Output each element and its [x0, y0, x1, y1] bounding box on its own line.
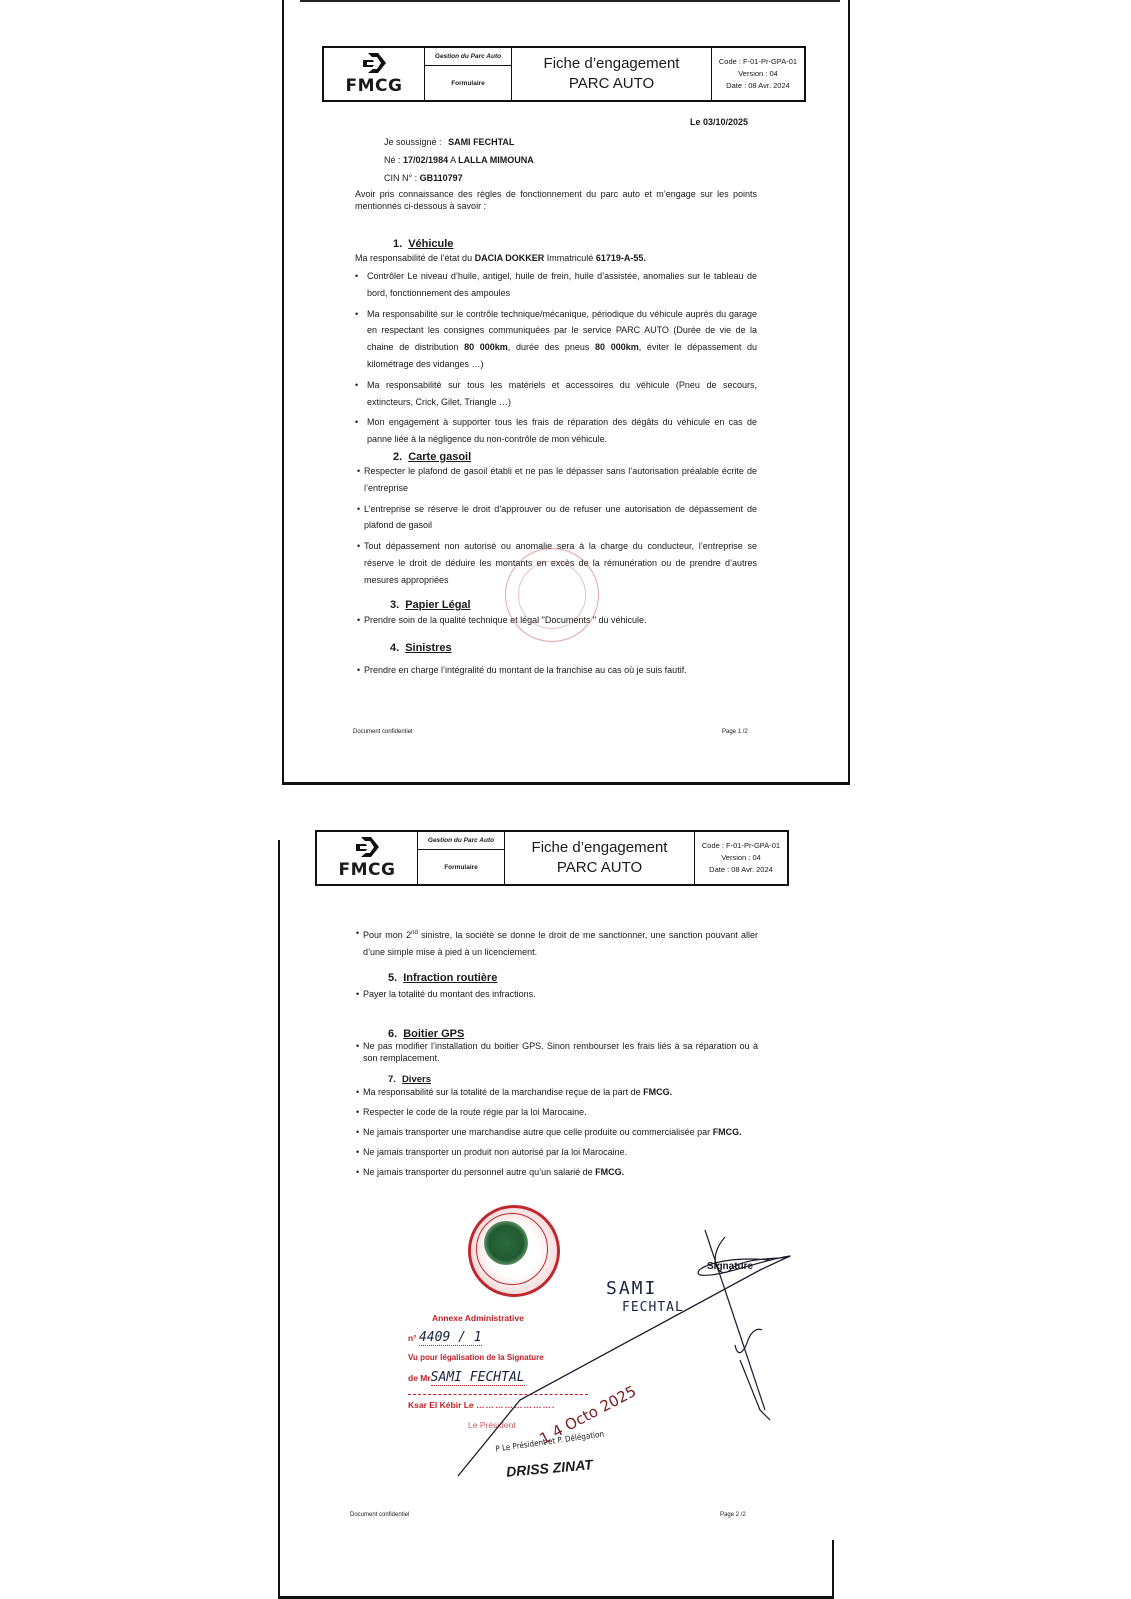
page-border-left: [278, 840, 280, 1599]
bullet-text: Ne jamais transporter du personnel autre…: [363, 1167, 595, 1177]
section-label: Sinistres: [405, 642, 451, 654]
section-4-title: 4.Sinistres: [390, 642, 452, 654]
employee-name: SAMI FECHTAL: [448, 137, 514, 147]
document-page-2: FMCG Gestion du Parc Auto Formulaire Fic…: [0, 800, 1131, 1599]
list-item: Mon engagement à supporter tous les frai…: [355, 414, 757, 448]
signature-label: Signature: [707, 1259, 753, 1276]
doc-version: Version : 04: [738, 68, 778, 80]
doc-code: Code : F-01-Pr-GPA-01: [702, 840, 780, 852]
title-line-2: PARC AUTO: [569, 74, 654, 94]
list-item: Ne pas modifier l’installation du boitie…: [356, 1040, 758, 1064]
list-item: Ma responsabilité sur la totalité de la …: [356, 1086, 758, 1098]
bullet-text: Respecter le code de la route régie par …: [363, 1107, 587, 1117]
company-name: FMCG.: [595, 1167, 624, 1177]
section-label: Véhicule: [408, 238, 453, 250]
signature-strokes-icon: [0, 800, 1131, 1599]
arrow-logo-icon: [360, 52, 388, 74]
faded-stamp-inner-ring: [518, 561, 586, 629]
section-number: 5.: [388, 972, 397, 984]
bullet-text: Ne jamais transporter une marchandise au…: [363, 1127, 713, 1137]
list-item: Ne jamais transporter une marchandise au…: [356, 1126, 758, 1138]
bold-km-value: 80 000km: [464, 342, 508, 352]
section-5-title: 5.Infraction routière: [388, 972, 497, 984]
section-label: Divers: [402, 1074, 431, 1085]
section-6-title: 6.Boitier GPS: [388, 1028, 464, 1040]
stamp-place-line: Ksar El Kébir Le …………………….: [408, 1395, 588, 1415]
stamp-name-value: SAMI FECHTAL: [431, 1370, 525, 1386]
section-number: 2.: [393, 451, 402, 463]
footer-page-number: Page 2 /2: [720, 1512, 746, 1518]
doc-date: Date : 08 Avr. 2024: [726, 80, 790, 92]
ordinal-superscript: nd: [411, 930, 418, 936]
arrow-logo-icon: [353, 836, 381, 858]
document-page-1: FMCG Gestion du Parc Auto Formulaire Fic…: [0, 0, 1131, 800]
section-5-bullets: Payer la totalité du montant des infract…: [356, 986, 758, 1007]
section-1-bullets: Contrôler Le niveau d’huile, antigel, hu…: [355, 268, 757, 452]
title-line-1: Fiche d’engagement: [532, 838, 668, 858]
lead-mid: Immatriculé: [547, 253, 594, 263]
birth-place: LALLA MIMOUNA: [458, 155, 534, 165]
section-number: 7.: [388, 1074, 396, 1085]
list-item: Respecter le code de la route régie par …: [356, 1106, 758, 1118]
section-number: 4.: [390, 642, 399, 654]
bullet-text: Pour mon 2: [363, 930, 411, 940]
page-border-top: [300, 0, 840, 2]
section-2-title: 2.Carte gasoil: [393, 451, 471, 463]
section-7-title: 7.Divers: [388, 1074, 431, 1085]
section-label: Infraction routière: [403, 972, 497, 984]
department-label: Gestion du Parc Auto: [425, 48, 511, 66]
stamp-number-value: 4409 / 1: [419, 1330, 482, 1346]
document-title: Fiche d’engagement PARC AUTO: [505, 832, 695, 884]
bullet-text: L’entreprise se réserve le droit d’appro…: [364, 504, 757, 531]
title-line-1: Fiche d’engagement: [544, 54, 680, 74]
birth-a: A: [450, 155, 456, 165]
section-label: Papier Légal: [405, 599, 470, 611]
doc-date: Date : 08 Avr. 2024: [709, 864, 773, 876]
list-item: Ma responsabilité sur le contrôle techni…: [355, 306, 757, 373]
stamp-title: Annexe Administrative: [408, 1308, 588, 1328]
stamp-legalization-text: Vu pour légalisation de la Signature: [408, 1348, 588, 1368]
section-number: 6.: [388, 1028, 397, 1040]
sinistre-continued-bullet: Pour mon 2nd sinistre, la société se don…: [356, 925, 758, 965]
logo-text: FMCG: [346, 76, 403, 96]
vehicle-model: DACIA DOKKER: [475, 253, 545, 263]
stamp-number-line: n° 4409 / 1: [408, 1328, 588, 1348]
list-item: Ma responsabilité sur tous les matériels…: [355, 377, 757, 411]
section-number: 1.: [393, 238, 402, 250]
bullet-text: , durée des pneus: [508, 342, 595, 352]
stamp-number-label: n°: [408, 1333, 417, 1343]
bullet-text: Respecter le plafond de gasoil établi et…: [364, 466, 757, 493]
list-item: Ne jamais transporter un produit non aut…: [356, 1146, 758, 1158]
legalization-stamp: Annexe Administrative n° 4409 / 1 Vu pou…: [408, 1308, 588, 1435]
lead-prefix: Ma responsabilité de l’état du: [355, 253, 472, 263]
section-7-bullets: Ma responsabilité sur la totalité de la …: [356, 1086, 758, 1186]
handwritten-name-line-2: FECHTAL: [622, 1300, 684, 1315]
doc-version: Version : 04: [721, 852, 761, 864]
company-logo: FMCG: [317, 832, 418, 884]
birth-line: Né : 17/02/1984 A LALLA MIMOUNA: [384, 152, 534, 169]
company-name: FMCG.: [713, 1127, 742, 1137]
cin-label: CIN N° :: [384, 173, 417, 183]
bullet-text: Ne jamais transporter un produit non aut…: [363, 1147, 627, 1157]
document-meta: Code : F-01-Pr-GPA-01 Version : 04 Date …: [712, 48, 804, 100]
section-3-title: 3.Papier Légal: [390, 599, 471, 611]
bullet-text: Prendre soin de la qualité technique et …: [364, 615, 647, 625]
footer-page-number: Page 1 /2: [722, 729, 748, 735]
vehicle-lead: Ma responsabilité de l’état du DACIA DOK…: [355, 250, 646, 267]
birth-label: Né :: [384, 155, 401, 165]
soussigne-line: Je soussigné : SAMI FECHTAL: [384, 134, 514, 151]
list-item: Prendre en charge l’intégralité du monta…: [357, 662, 757, 679]
bullet-text: Prendre en charge l’intégralité du monta…: [364, 665, 687, 675]
green-seal-emblem: [484, 1221, 528, 1265]
section-number: 3.: [390, 599, 399, 611]
footer-confidential: Document confidentiel: [353, 729, 412, 735]
bullet-text: Ma responsabilité sur tous les matériels…: [367, 380, 757, 407]
bullet-text: Contrôler Le niveau d’huile, antigel, hu…: [367, 271, 757, 298]
list-item: Contrôler Le niveau d’huile, antigel, hu…: [355, 268, 757, 302]
bullet-text: sinistre, la société se donne le droit d…: [363, 930, 758, 957]
handwritten-name-line-1: SAMI: [606, 1278, 657, 1299]
birth-date: 17/02/1984: [403, 155, 448, 165]
doc-type-label: Formulaire: [418, 850, 504, 884]
document-title: Fiche d’engagement PARC AUTO: [512, 48, 712, 100]
section-1-title: 1.Véhicule: [393, 238, 453, 250]
company-logo: FMCG: [324, 48, 425, 100]
section-4-bullets: Prendre en charge l’intégralité du monta…: [357, 662, 757, 683]
doc-code: Code : F-01-Pr-GPA-01: [719, 56, 797, 68]
cin-value: GB110797: [420, 173, 463, 183]
signing-date: Le 03/10/2025: [690, 114, 748, 131]
bold-km-value: 80 000km: [595, 342, 639, 352]
list-item: Ne jamais transporter du personnel autre…: [356, 1166, 758, 1178]
page-border-bottom: [282, 782, 850, 785]
document-header: FMCG Gestion du Parc Auto Formulaire Fic…: [315, 830, 789, 886]
footer-confidential: Document confidentiel: [350, 1512, 409, 1518]
intro-paragraph: Avoir pris connaissance des règles de fo…: [355, 188, 757, 212]
page-border-right: [832, 1540, 834, 1599]
bullet-text: Payer la totalité du montant des infract…: [363, 989, 536, 999]
list-item: Respecter le plafond de gasoil établi et…: [357, 463, 757, 497]
section-label: Boitier GPS: [403, 1028, 464, 1040]
document-meta: Code : F-01-Pr-GPA-01 Version : 04 Date …: [695, 832, 787, 884]
logo-text: FMCG: [339, 860, 396, 880]
bullet-text: Ma responsabilité sur la totalité de la …: [363, 1087, 643, 1097]
department-label: Gestion du Parc Auto: [418, 832, 504, 850]
document-header: FMCG Gestion du Parc Auto Formulaire Fic…: [322, 46, 806, 102]
bullet-text: Mon engagement à supporter tous les frai…: [367, 417, 757, 444]
title-line-2: PARC AUTO: [557, 858, 642, 878]
section-6-bullets: Ne pas modifier l’installation du boitie…: [356, 1040, 758, 1068]
stamp-name-line: de MrSAMI FECHTAL: [408, 1368, 588, 1388]
stamp-place: Ksar El Kébir Le: [408, 1400, 474, 1410]
page-border-left: [282, 0, 284, 782]
official-name: DRISS ZINAT: [505, 1456, 593, 1480]
stamp-name-label: de Mr: [408, 1373, 431, 1383]
list-item: Pour mon 2nd sinistre, la société se don…: [356, 925, 758, 961]
section-label: Carte gasoil: [408, 451, 471, 463]
soussigne-label: Je soussigné :: [384, 137, 442, 147]
bullet-text: Ne pas modifier l’installation du boitie…: [363, 1041, 758, 1063]
vehicle-plate: 61719-A-55.: [596, 253, 646, 263]
cin-line: CIN N° : GB110797: [384, 170, 463, 187]
company-name: FMCG.: [643, 1087, 672, 1097]
list-item: L’entreprise se réserve le droit d’appro…: [357, 501, 757, 535]
doc-type-label: Formulaire: [425, 66, 511, 100]
list-item: Payer la totalité du montant des infract…: [356, 986, 758, 1003]
page-border-right: [848, 0, 850, 782]
